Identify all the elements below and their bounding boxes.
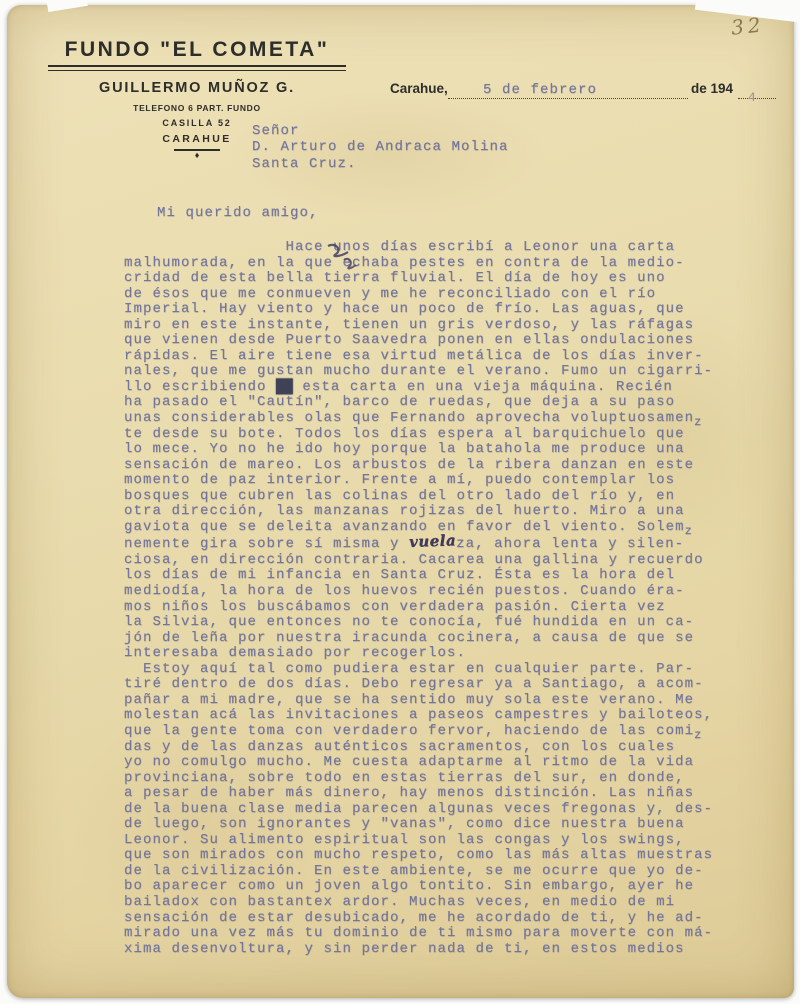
letter-line: que son mirados con mucho respeto, como … [124,848,713,864]
letter-line: xima desenvoltura, y sin perder nada de … [124,942,713,958]
page-background: 32 FUNDO "EL COMETA" GUILLERMO MUÑOZ G. … [0,0,800,1004]
letter-line: jón de leña por nuestra iracunda cociner… [124,631,713,647]
letter-line: mirado una vez más tu dominio de ti mism… [124,926,713,942]
letter-line: mos niños los buscábamos con verdadera p… [124,600,713,616]
letter-line: bosques que cubren las colinas del otro … [124,489,713,505]
letterhead-owner-name: GUILLERMO MUÑOZ G. [44,80,350,96]
letter-line: de ésos que me conmueven y me he reconci… [124,287,713,303]
typed-text: gaviota que se deleita avanzando en favo… [124,519,685,535]
letter-line: a pesar de haber más dinero, hay menos d… [124,786,713,802]
letterhead-rule [48,65,346,71]
letter-line: molestan acá las invitaciones a paseos c… [124,708,713,724]
letter-line: malhumorada, en la que echaba pestes en … [124,256,713,272]
letter-line: miro en este instante, tienen un gris ve… [124,318,713,334]
letter-line: cridad de esta bella tierra fluvial. El … [124,271,713,287]
typed-text: z [694,415,702,431]
letter-line: bo aparecer como un joven algo tontito. … [124,879,713,895]
typed-text: unas considerables olas que Fernando apr… [124,410,694,426]
letter-line: Estoy aquí tal como pudiera estar en cua… [124,662,713,678]
letter-line: otra dirección, las manzanas rojizas del… [124,504,713,520]
letter-line: que la gente toma con verdadero fervor, … [124,724,713,740]
recipient-line: Señor [252,123,509,139]
letterhead-phone-line: TELEFONO 6 PART. FUNDO [44,103,350,113]
letter-line: das y de las danzas auténticos sacrament… [124,740,713,756]
typed-text: z [694,728,702,744]
letter-line: unas considerables olas que Fernando apr… [124,411,713,427]
dateline-year-prefix: de 194 [691,81,733,96]
letter-line: lo mece. Yo no he ido hoy porque la bata… [124,442,713,458]
letter-line: nemente gira sobre sí misma y vuelaza, a… [124,535,713,553]
letter-line: ha pasado el "Cautín", barco de ruedas, … [124,395,713,411]
letter-line: te desde su bote. Todos los días espera … [124,427,713,443]
letter-body: Hace unos días escribí a Leonor una cart… [124,240,713,957]
letter-line: los días de mi infancia en Santa Cruz. É… [124,568,713,584]
dateline-city: Carahue, [390,81,448,96]
recipient-block: Señor D. Arturo de Andraca Molina Santa … [252,123,509,172]
letter-line: sensación de estar desubicado, me he aco… [124,911,713,927]
letter-line: nales, que me gustan mucho durante el ve… [124,364,713,380]
letter-line: tiré dentro de dos días. Debo regresar y… [124,677,713,693]
typed-text: nemente gira sobre sí misma y [124,536,409,552]
letter-line: bailadox con bastantex ardor. Muchas vec… [124,895,713,911]
typed-text: llo escribiendo [124,379,276,395]
letter-line: Leonor. Su alimento espiritual son las c… [124,833,713,849]
letter-line: momento de paz interior. Frente a mí, pu… [124,473,713,489]
letter-line: mediodía, la hora de los huevos recién p… [124,584,713,600]
recipient-line: D. Arturo de Andraca Molina [252,139,509,155]
letter-line: la Silvia, que entonces no te conocía, f… [124,615,713,631]
recipient-line: Santa Cruz. [252,156,509,172]
typed-text: esta carta en una vieja máquina. Recién [293,379,673,395]
dateline-dotted-line-short [738,84,776,99]
letter-line: interesaba demasiado por recogerlos. [124,646,713,662]
typed-text: que la gente toma con verdadero fervor, … [124,723,694,739]
typed-date: 5 de febrero [483,82,597,98]
letter-line: de luego, son ignorantes y "vanas", como… [124,817,713,833]
letter-line: sensación de mareo. Los arbustos de la r… [124,458,713,474]
letter-line: provinciana, sobre todo en estas tierras… [124,771,713,787]
handwritten-correction: vuela [409,534,457,551]
paper-corner-tear [46,0,88,12]
typed-year-digit: 4 [748,90,756,105]
letterhead-company-name: FUNDO "EL COMETA" [44,38,350,62]
page-number-annotation: 32 [730,12,766,39]
typed-text: z [685,524,693,540]
letter-line: que vienen desde Puerto Saavedra ponen e… [124,333,713,349]
typed-text: za, ahora lenta y silen- [456,536,684,552]
struck-out-word: ██ [276,379,293,395]
salutation: Mi querido amigo, [157,205,319,221]
letter-line: Imperial. Hay viento y hace un poco de f… [124,302,713,318]
letter-line: Hace unos días escribí a Leonor una cart… [124,240,713,256]
letter-line: de la buena clase media parecen algunas … [124,802,713,818]
letter-line: yo no comulgo mucho. Me cuesta adaptarme… [124,755,713,771]
